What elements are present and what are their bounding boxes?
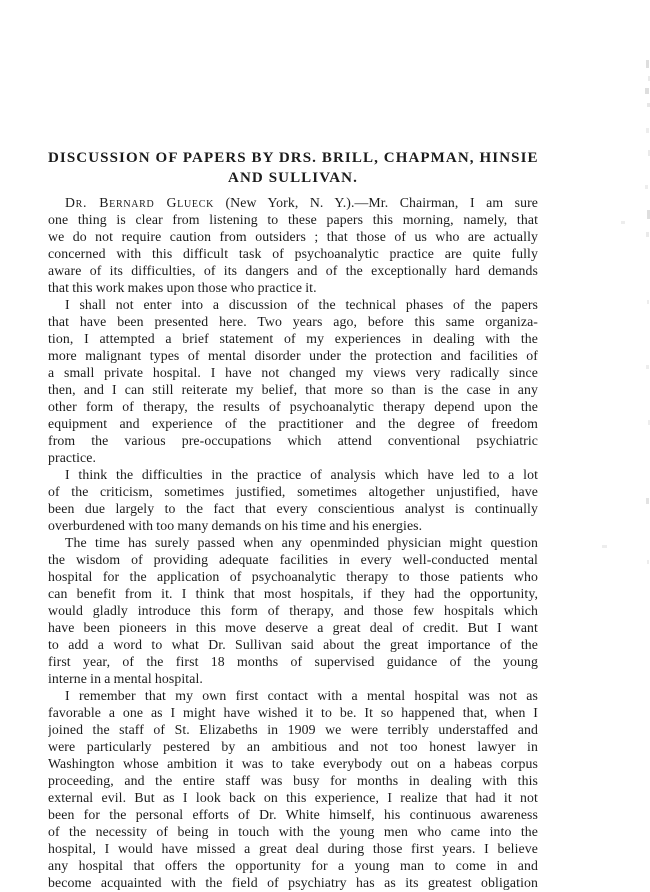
text-line: would gladly introduce this form of ther…: [48, 602, 538, 619]
speaker-name: Dr. Bernard Glueck: [65, 195, 214, 210]
text-line: hospital for the application of psychoan…: [48, 568, 538, 585]
scan-artifact: [645, 88, 649, 94]
article-title: DISCUSSION OF PAPERS BY DRS. BRILL, CHAP…: [48, 143, 538, 188]
text-line: a small private hospital. I have not cha…: [48, 364, 538, 381]
text-line: the wisdom of providing adequate facilit…: [48, 551, 538, 568]
text-line: practice.: [48, 449, 538, 466]
text-block: DISCUSSION OF PAPERS BY DRS. BRILL, CHAP…: [48, 143, 538, 891]
text-line: interne in a mental hospital.: [48, 670, 538, 687]
scan-artifact: [647, 300, 649, 304]
text-line: concerned with this difficult task of ps…: [48, 245, 538, 262]
text-line: from the various pre-occupations which a…: [48, 432, 538, 449]
text-line: been due largely to the fact that every …: [48, 500, 538, 517]
text-line: equipment and experience of the practiti…: [48, 415, 538, 432]
text-line: of the necessity of being in touch with …: [48, 823, 538, 840]
text-line: become acquainted with the field of psyc…: [48, 874, 538, 891]
text-line: more malignant types of mental disorder …: [48, 347, 538, 364]
text-line: favorable a one as I might have wished i…: [48, 704, 538, 721]
text-line: have been pioneers in this move deserve …: [48, 619, 538, 636]
scan-artifact: [646, 60, 649, 68]
text-line: I remember that my own first contact wit…: [48, 687, 538, 704]
text-line: one thing is clear from listening to the…: [48, 211, 538, 228]
text-line: that have been presented here. Two years…: [48, 313, 538, 330]
text-line: can benefit from it. I think that most h…: [48, 585, 538, 602]
title-line-2: AND SULLIVAN.: [48, 168, 538, 188]
text-line: The time has surely passed when any open…: [48, 534, 538, 551]
text-line: joined the staff of St. Elizabeths in 19…: [48, 721, 538, 738]
text-line: external evil. But as I look back on thi…: [48, 789, 538, 806]
scan-artifact: [602, 545, 607, 548]
text-line: I think the difficulties in the practice…: [48, 466, 538, 483]
text-line: of the criticism, sometimes justified, s…: [48, 483, 538, 500]
text-line: then, and I can still reiterate my belie…: [48, 381, 538, 398]
document-page: DISCUSSION OF PAPERS BY DRS. BRILL, CHAP…: [0, 0, 650, 892]
text-line: to add a word to what Dr. Sullivan said …: [48, 636, 538, 653]
scan-artifact: [647, 560, 649, 564]
text-line: tion, I attempted a brief statement of m…: [48, 330, 538, 347]
scan-artifact: [646, 232, 649, 237]
scan-artifact: [621, 221, 625, 224]
text-line: Dr. Bernard Glueck (New York, N. Y.).—Mr…: [48, 194, 538, 211]
text-line: proceeding, and the entire staff was bus…: [48, 772, 538, 789]
text-line: other form of therapy, the results of ps…: [48, 398, 538, 415]
text-line: first year, of the first 18 months of su…: [48, 653, 538, 670]
text-line: that this work makes upon those who prac…: [48, 279, 538, 296]
scan-artifact: [646, 498, 649, 504]
body-text: Dr. Bernard Glueck (New York, N. Y.).—Mr…: [48, 194, 538, 891]
text-line: we do not require caution from outsiders…: [48, 228, 538, 245]
scan-artifact: [645, 185, 648, 189]
text-line: hospital, I would have missed a great de…: [48, 840, 538, 857]
text-line: I shall not enter into a discussion of t…: [48, 296, 538, 313]
text-line: aware of its difficulties, of its danger…: [48, 262, 538, 279]
text-line: Washington whose ambition it was to take…: [48, 755, 538, 772]
scan-artifact: [646, 365, 649, 369]
text-line: overburdened with too many demands on hi…: [48, 517, 538, 534]
text-line: any hospital that offers the opportunity…: [48, 857, 538, 874]
text-line: were particularly pestered by an ambitio…: [48, 738, 538, 755]
text-line: been for the personal efforts of Dr. Whi…: [48, 806, 538, 823]
scan-artifact: [646, 128, 649, 133]
title-line-1: DISCUSSION OF PAPERS BY DRS. BRILL, CHAP…: [48, 148, 538, 168]
